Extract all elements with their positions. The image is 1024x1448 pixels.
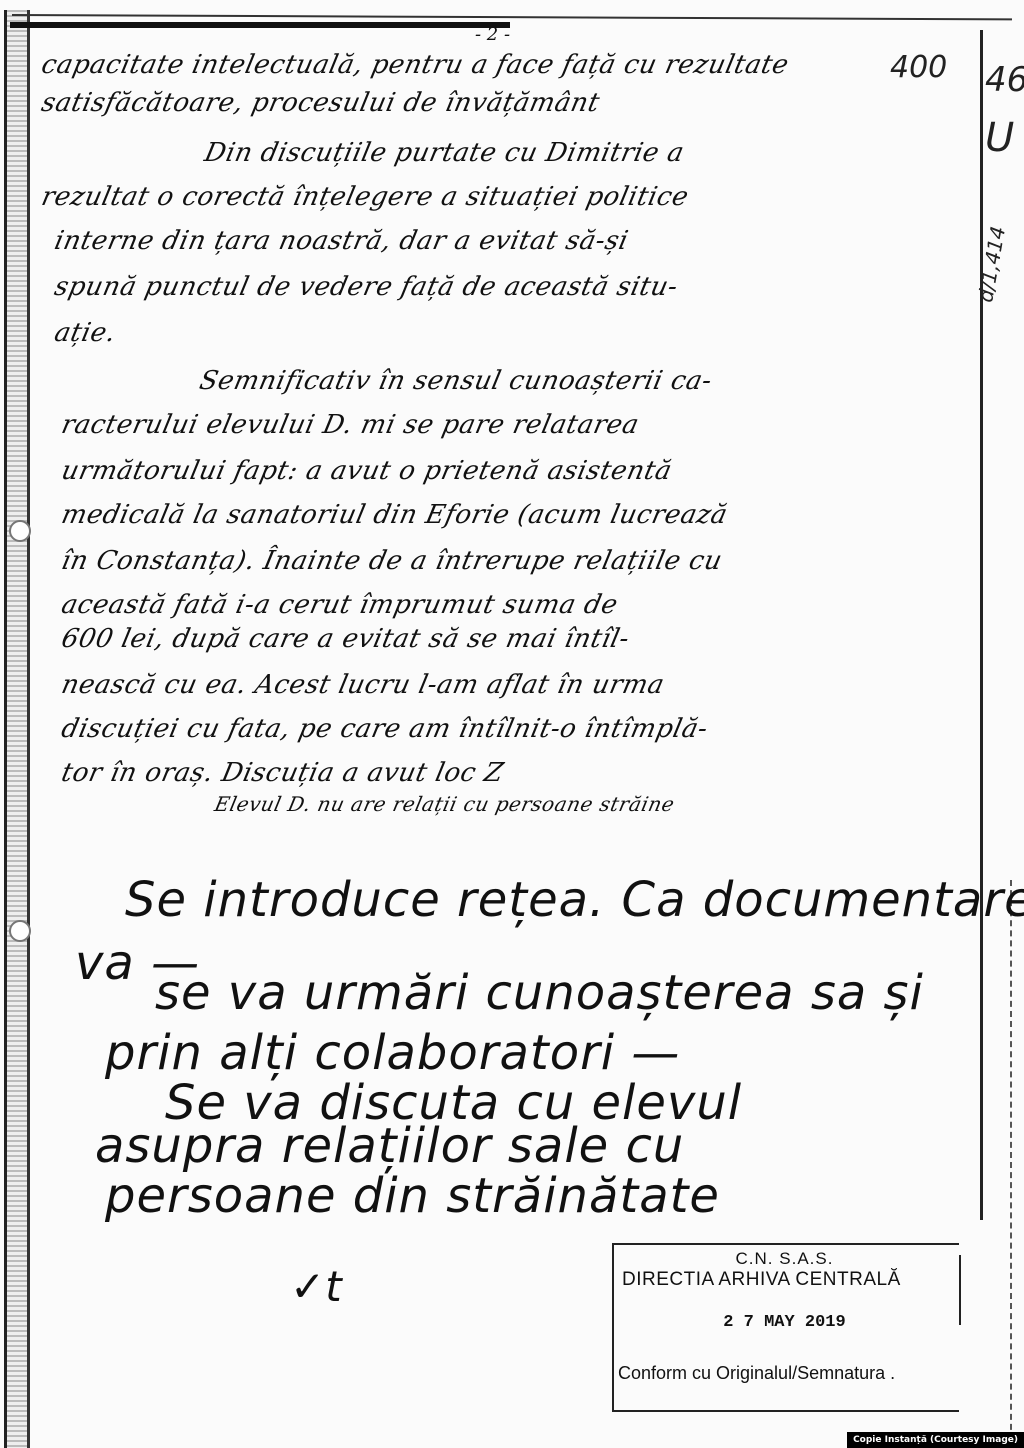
stamp-date: 2 7 MAY 2019 xyxy=(612,1313,957,1332)
report-line: nească cu ea. Acest lucru l-am aflat în … xyxy=(59,670,667,700)
report-line: următorului fapt: a avut o prietenă asis… xyxy=(59,456,675,486)
report-line: capacitate intelectuală, pentru a face f… xyxy=(39,50,792,80)
report-line: în Constanța). Înainte de a întrerupe re… xyxy=(59,546,725,576)
report-line: interne din țara noastră, dar a evitat s… xyxy=(52,226,631,256)
report-line: tor în oraș. Discuția a avut loc Z xyxy=(59,758,507,788)
image-credit: Copie Instanță (Courtesy Image) xyxy=(847,1432,1024,1448)
report-line: Din discuțiile purtate cu Dimitrie a xyxy=(202,138,687,168)
archive-number-mark: 400 xyxy=(890,50,947,85)
report-line: satisfăcătoare, procesului de învățământ xyxy=(39,88,603,118)
margin-letter-mark: U xyxy=(985,115,1014,161)
report-line: Semnificativ în sensul cunoașterii ca- xyxy=(197,366,715,396)
note-line: se va urmări cunoașterea sa și xyxy=(155,965,924,1021)
signature-initial: ✓t xyxy=(290,1262,342,1311)
note-line: Se introduce rețea. Ca documentare xyxy=(125,872,1024,928)
scanned-document-page: - 2 - capacitate intelectuală, pentru a … xyxy=(0,0,1024,1448)
report-line-inserted: Elevul D. nu are relații cu persoane str… xyxy=(212,792,676,816)
note-line: persoane din străinătate xyxy=(105,1168,720,1224)
report-line: discuției cu fata, pe care am întîlnit-o… xyxy=(59,714,711,744)
report-line: rezultat o corectă înțelegere a situație… xyxy=(39,182,692,212)
report-line: medicală la sanatoriul din Eforie (acum … xyxy=(59,500,731,530)
note-line: prin alți colaboratori — xyxy=(105,1025,680,1081)
report-line: racterului elevului D. mi se pare relata… xyxy=(59,410,642,440)
stamp-institution: C.N. S.A.S. xyxy=(612,1249,957,1269)
sheet-number-mark: 46 xyxy=(985,60,1024,100)
stamp-certification: Conform cu Originalul/Semnatura . xyxy=(618,1363,895,1384)
archive-stamp: C.N. S.A.S. DIRECTIA ARHIVA CENTRALĂ 2 7… xyxy=(612,1243,957,1411)
report-line: această fată i-a cerut împrumut suma de xyxy=(59,590,621,620)
report-line: spună punctul de vedere față de această … xyxy=(52,272,681,302)
report-line: 600 lei, după care a evitat să se mai în… xyxy=(59,624,632,654)
note-line: asupra relațiilor sale cu xyxy=(95,1118,684,1174)
report-line: ație. xyxy=(52,318,119,348)
page-number: - 2 - xyxy=(475,24,510,45)
typed-report-text: - 2 - capacitate intelectuală, pentru a … xyxy=(0,0,1024,1448)
stamp-department: DIRECTIA ARHIVA CENTRALĂ xyxy=(622,1269,962,1291)
